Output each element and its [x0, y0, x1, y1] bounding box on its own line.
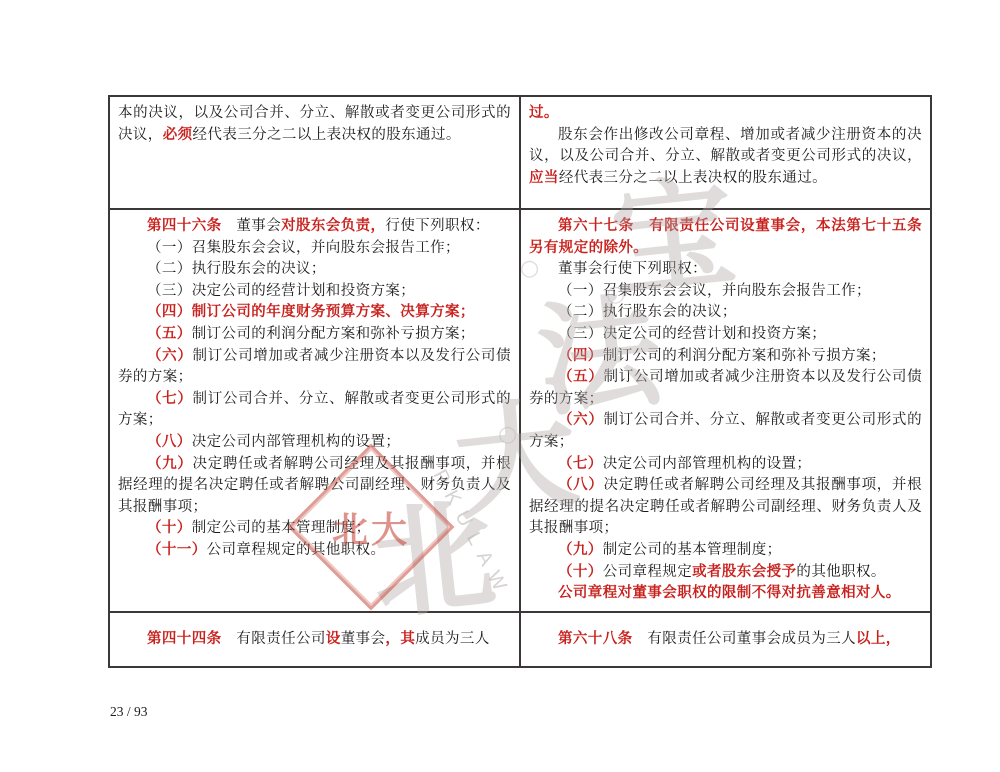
- highlighted-text: （七）: [147, 391, 193, 407]
- text-run: 经代表三分之二以上表决权的股东通过。: [193, 127, 461, 143]
- table-cell-left: 第四十四条 有限责任公司设董事会，其成员为三人: [109, 612, 520, 667]
- text-run: 股东会作出修改公司章程、增加或者减少注册资本的决议，以及公司合并、分立、解散或者…: [529, 127, 922, 165]
- paragraph: （十）制定公司的基本管理制度；: [118, 518, 511, 540]
- highlighted-text: 或者股东会授予: [692, 564, 796, 580]
- text-run: 董事会: [222, 218, 282, 234]
- text-run: 制定公司的基本管理制度；: [192, 520, 371, 536]
- table-body: 本的决议，以及公司合并、分立、解散或者变更公司形式的决议，必须经代表三分之二以上…: [109, 96, 931, 667]
- text-run: 有限责任公司: [222, 631, 326, 647]
- highlighted-text: 以上，: [856, 631, 901, 647]
- paragraph: （五）制订公司的利润分配方案和弥补亏损方案；: [118, 324, 511, 346]
- highlighted-text: 必须: [163, 127, 193, 143]
- text-run: 有限责任公司董事会成员为三人: [633, 631, 857, 647]
- text-run: 制定公司的基本管理制度；: [603, 542, 782, 558]
- table-cell-right: 第六十八条 有限责任公司董事会成员为三人以上，: [520, 612, 931, 667]
- paragraph: （八）决定公司内部管理机构的设置；: [118, 432, 511, 454]
- highlighted-text: 设: [326, 631, 341, 647]
- text-run: 公司章程规定: [603, 564, 692, 580]
- text-run: 制订公司的利润分配方案和弥补亏损方案；: [192, 326, 475, 342]
- paragraph: 第四十六条 董事会对股东会负责，行使下列职权：: [118, 216, 511, 238]
- highlighted-text: （五）: [558, 369, 604, 385]
- paragraph: （九）制定公司的基本管理制度；: [529, 540, 922, 562]
- paragraph: （十）公司章程规定或者股东会授予的其他职权。: [529, 562, 922, 584]
- highlighted-text: （六）: [558, 412, 604, 428]
- text-run: 成员为三人: [415, 631, 490, 647]
- text-run: （一）召集股东会会议，并向股东会报告工作；: [558, 283, 871, 299]
- text-run: （三）决定公司的经营计划和投资方案；: [558, 326, 826, 342]
- text-run: 决定公司内部管理机构的设置；: [603, 456, 812, 472]
- paragraph: （三）决定公司的经营计划和投资方案；: [118, 281, 511, 303]
- paragraph: （九）决定聘任或者解聘公司经理及其报酬事项，并根据经理的提名决定聘任或者解聘公司…: [118, 454, 511, 519]
- document-page: 本的决议，以及公司合并、分立、解散或者变更公司形式的决议，必须经代表三分之二以上…: [0, 0, 1000, 772]
- text-run: 制订公司的利润分配方案和弥补亏损方案；: [603, 348, 886, 364]
- table-cell-left: 本的决议，以及公司合并、分立、解散或者变更公司形式的决议，必须经代表三分之二以上…: [109, 96, 520, 209]
- page-number: 23 / 93: [110, 704, 148, 720]
- highlighted-text: （四）: [558, 348, 603, 364]
- highlighted-text: （十）: [147, 520, 192, 536]
- highlighted-text: （五）: [147, 326, 192, 342]
- highlighted-text: 第六十七条 有限责任公司设董事会，本法第七十五条另有规定的除外。: [529, 218, 922, 256]
- highlighted-text: 第六十八条: [558, 631, 633, 647]
- paragraph: （四）制订公司的利润分配方案和弥补亏损方案；: [529, 346, 922, 368]
- highlighted-text: （九）: [147, 456, 193, 472]
- highlighted-text: ，其: [385, 631, 415, 647]
- highlighted-text: （十）: [558, 564, 603, 580]
- paragraph: 本的决议，以及公司合并、分立、解散或者变更公司形式的决议，必须经代表三分之二以上…: [118, 103, 511, 146]
- paragraph: （一）召集股东会会议，并向股东会报告工作；: [529, 281, 922, 303]
- paragraph: （七）决定公司内部管理机构的设置；: [529, 454, 922, 476]
- highlighted-text: （四）制订公司的年度财务预算方案、决算方案；: [147, 304, 475, 320]
- table-row: 第四十六条 董事会对股东会负责，行使下列职权：（一）召集股东会会议，并向股东会报…: [109, 209, 931, 612]
- text-run: （一）召集股东会会议，并向股东会报告工作；: [147, 240, 460, 256]
- highlighted-text: （八）: [147, 434, 192, 450]
- highlighted-text: 第四十六条: [147, 218, 222, 234]
- text-run: 董事会行使下列职权：: [558, 261, 707, 277]
- paragraph: （二）执行股东会的决议；: [529, 302, 922, 324]
- paragraph: （六）制订公司合并、分立、解散或者变更公司形式的方案；: [529, 410, 922, 453]
- highlighted-text: 第四十四条: [147, 631, 222, 647]
- text-run: 经代表三分之二以上表决权的股东通过。: [559, 170, 827, 186]
- table-cell-right: 第六十七条 有限责任公司设董事会，本法第七十五条另有规定的除外。董事会行使下列职…: [520, 209, 931, 612]
- text-run: 公司章程规定的其他职权。: [207, 542, 386, 558]
- paragraph: （五）制订公司增加或者减少注册资本以及发行公司债券的方案；: [529, 367, 922, 410]
- paragraph: （一）召集股东会会议，并向股东会报告工作；: [118, 238, 511, 260]
- text-run: （二）执行股东会的决议；: [147, 261, 326, 277]
- table-cell-right: 过。股东会作出修改公司章程、增加或者减少注册资本的决议，以及公司合并、分立、解散…: [520, 96, 931, 209]
- text-run: （三）决定公司的经营计划和投资方案；: [147, 283, 415, 299]
- paragraph: （七）制订公司合并、分立、解散或者变更公司形式的方案；: [118, 389, 511, 432]
- paragraph: （十一）公司章程规定的其他职权。: [118, 540, 511, 562]
- paragraph: 股东会作出修改公司章程、增加或者减少注册资本的决议，以及公司合并、分立、解散或者…: [529, 125, 922, 190]
- paragraph: 公司章程对董事会职权的限制不得对抗善意相对人。: [529, 583, 922, 605]
- paragraph: （四）制订公司的年度财务预算方案、决算方案；: [118, 302, 511, 324]
- highlighted-text: （八）: [558, 477, 604, 493]
- text-run: （二）执行股东会的决议；: [558, 304, 737, 320]
- paragraph: 过。: [529, 103, 922, 125]
- text-run: 行使下列职权：: [385, 218, 489, 234]
- paragraph: 第六十七条 有限责任公司设董事会，本法第七十五条另有规定的除外。: [529, 216, 922, 259]
- table-row: 第四十四条 有限责任公司设董事会，其成员为三人第六十八条 有限责任公司董事会成员…: [109, 612, 931, 667]
- highlighted-text: （七）: [558, 456, 603, 472]
- highlighted-text: 对股东会负责，: [281, 218, 385, 234]
- highlighted-text: 过。: [529, 105, 559, 121]
- highlighted-text: （九）: [558, 542, 603, 558]
- paragraph: （六）制订公司增加或者减少注册资本以及发行公司债券的方案；: [118, 346, 511, 389]
- paragraph: （二）执行股东会的决议；: [118, 259, 511, 281]
- paragraph: 董事会行使下列职权：: [529, 259, 922, 281]
- table-cell-left: 第四十六条 董事会对股东会负责，行使下列职权：（一）召集股东会会议，并向股东会报…: [109, 209, 520, 612]
- highlighted-text: 应当: [529, 170, 559, 186]
- highlighted-text: （十一）: [147, 542, 207, 558]
- text-run: 的其他职权。: [796, 564, 885, 580]
- highlighted-text: 公司章程对董事会职权的限制不得对抗善意相对人。: [558, 585, 901, 601]
- comparison-table: 本的决议，以及公司合并、分立、解散或者变更公司形式的决议，必须经代表三分之二以上…: [108, 95, 932, 668]
- paragraph: （八）决定聘任或者解聘公司经理及其报酬事项，并根据经理的提名决定聘任或者解聘公司…: [529, 475, 922, 540]
- paragraph: （三）决定公司的经营计划和投资方案；: [529, 324, 922, 346]
- table-row: 本的决议，以及公司合并、分立、解散或者变更公司形式的决议，必须经代表三分之二以上…: [109, 96, 931, 209]
- text-run: 董事会: [341, 631, 386, 647]
- paragraph: 第六十八条 有限责任公司董事会成员为三人以上，: [529, 629, 922, 651]
- highlighted-text: （六）: [147, 348, 193, 364]
- paragraph: 第四十四条 有限责任公司设董事会，其成员为三人: [118, 629, 511, 651]
- text-run: 决定公司内部管理机构的设置；: [192, 434, 401, 450]
